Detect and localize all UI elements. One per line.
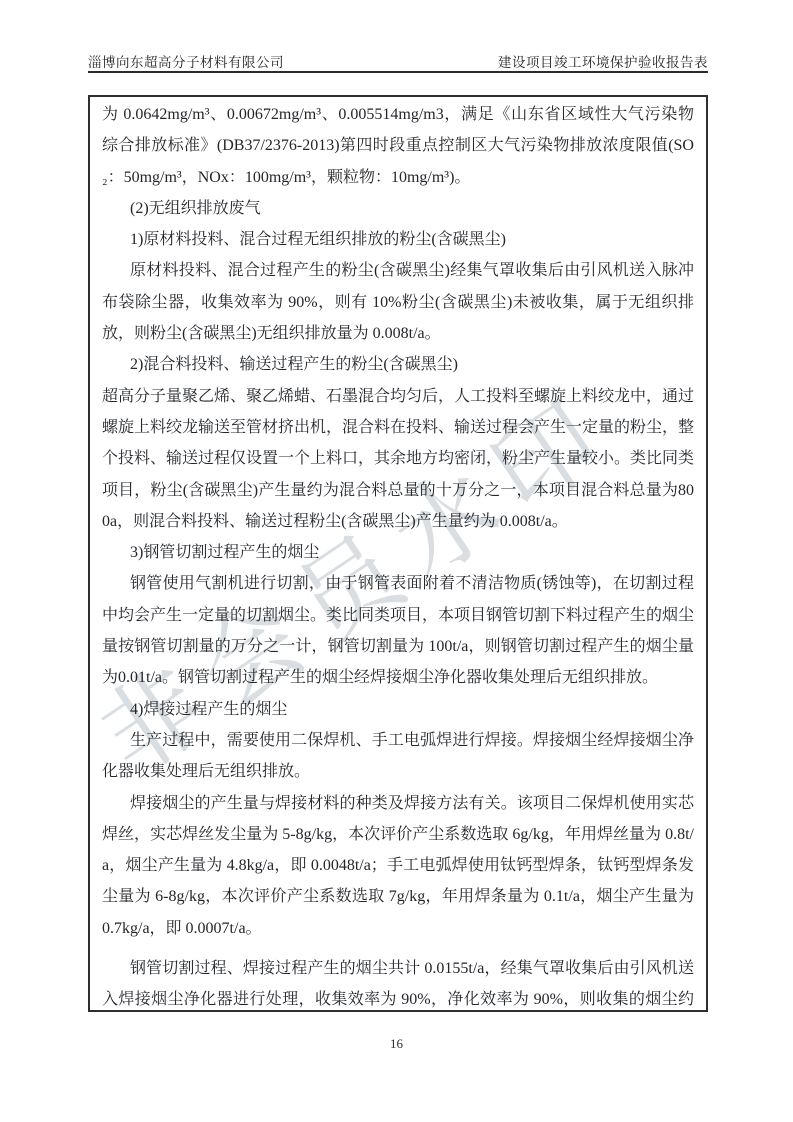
paragraph: 生产过程中，需要使用二保焊机、手工电弧焊进行焊接。焊接烟尘经焊接烟尘净化器收集处… [102, 725, 694, 788]
paragraph: (2)无组织排放废气 [102, 193, 694, 224]
paragraph: 超高分子量聚乙烯、聚乙烯蜡、石墨混合均匀后，人工投料至螺旋上料绞龙中，通过螺旋上… [102, 381, 694, 537]
content-box: 非会员水印 为 0.0642mg/m³、0.00672mg/m³、0.00551… [88, 95, 708, 1012]
paragraph: 为 0.0642mg/m³、0.00672mg/m³、0.005514mg/m3… [102, 99, 694, 193]
page-header: 淄博向东超高分子材料有限公司 建设项目竣工环境保护验收报告表 [88, 51, 708, 71]
paragraph: 2)混合料投料、输送过程产生的粉尘(含碳黑尘) [102, 349, 694, 380]
paragraph: 4)焊接过程产生的烟尘 [102, 694, 694, 725]
company-name: 淄博向东超高分子材料有限公司 [88, 51, 284, 71]
paragraph: 1)原材料投料、混合过程无组织排放的粉尘(含碳黑尘) [102, 224, 694, 255]
page: { "header": { "company": "淄博向东超高分子材料有限公司… [0, 0, 793, 1122]
body-text: 为 0.0642mg/m³、0.00672mg/m³、0.005514mg/m3… [102, 99, 694, 1012]
page-footer: 16 [0, 1036, 793, 1052]
report-title: 建设项目竣工环境保护验收报告表 [498, 51, 708, 71]
paragraph: 3)钢管切割过程产生的烟尘 [102, 537, 694, 568]
paragraph: 钢管切割过程、焊接过程产生的烟尘共计 0.0155t/a，经集气罩收集后由引风机… [102, 953, 694, 1012]
paragraph: 原材料投料、混合过程产生的粉尘(含碳黑尘)经集气罩收集后由引风机送入脉冲布袋除尘… [102, 255, 694, 349]
page-number: 16 [390, 1036, 403, 1051]
paragraph: 钢管使用气割机进行切割，由于钢管表面附着不清洁物质(锈蚀等)，在切割过程中均会产… [102, 568, 694, 693]
header-divider [88, 71, 708, 73]
document-page: 淄博向东超高分子材料有限公司 建设项目竣工环境保护验收报告表 非会员水印 为 0… [0, 0, 793, 1122]
paragraph: 焊接烟尘的产生量与焊接材料的种类及焊接方法有关。该项目二保焊机使用实芯焊丝，实芯… [102, 788, 694, 944]
